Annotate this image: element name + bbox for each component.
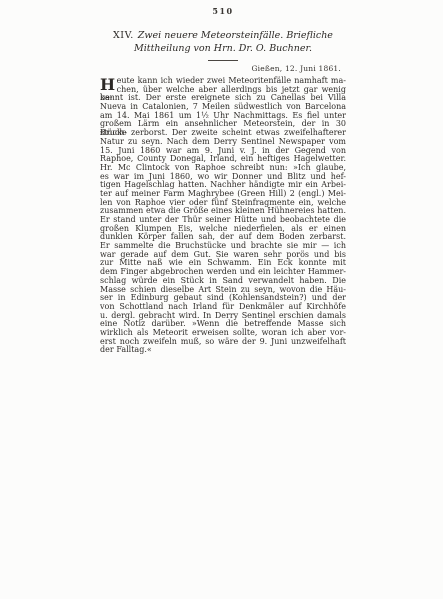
scanned-page: 510 XIV.Zwei neuere Meteorsteinfälle. Br… bbox=[0, 0, 443, 599]
article-title: XIV.Zwei neuere Meteorsteinfälle. Briefl… bbox=[100, 30, 346, 55]
article-body: H eute kann ich wieder zwei Meteoritenfä… bbox=[100, 77, 346, 355]
article-numeral: XIV. bbox=[113, 30, 134, 41]
title-divider bbox=[208, 60, 238, 61]
dropcap-initial: H bbox=[100, 77, 115, 93]
dateline: Gießen, 12. Juni 1861. bbox=[100, 64, 346, 73]
article-title-line1: Zwei neuere Meteorsteinfälle. Briefliche bbox=[138, 30, 333, 41]
body-lines: eute kann ich wieder zwei Meteoritenfäll… bbox=[100, 77, 346, 355]
page-number: 510 bbox=[100, 6, 346, 16]
body-line: der Falltag.« bbox=[100, 346, 346, 355]
article-title-line2: Mittheilung von Hrn. Dr. O. Buchner. bbox=[134, 43, 312, 54]
text-column: 510 XIV.Zwei neuere Meteorsteinfälle. Br… bbox=[100, 0, 346, 355]
